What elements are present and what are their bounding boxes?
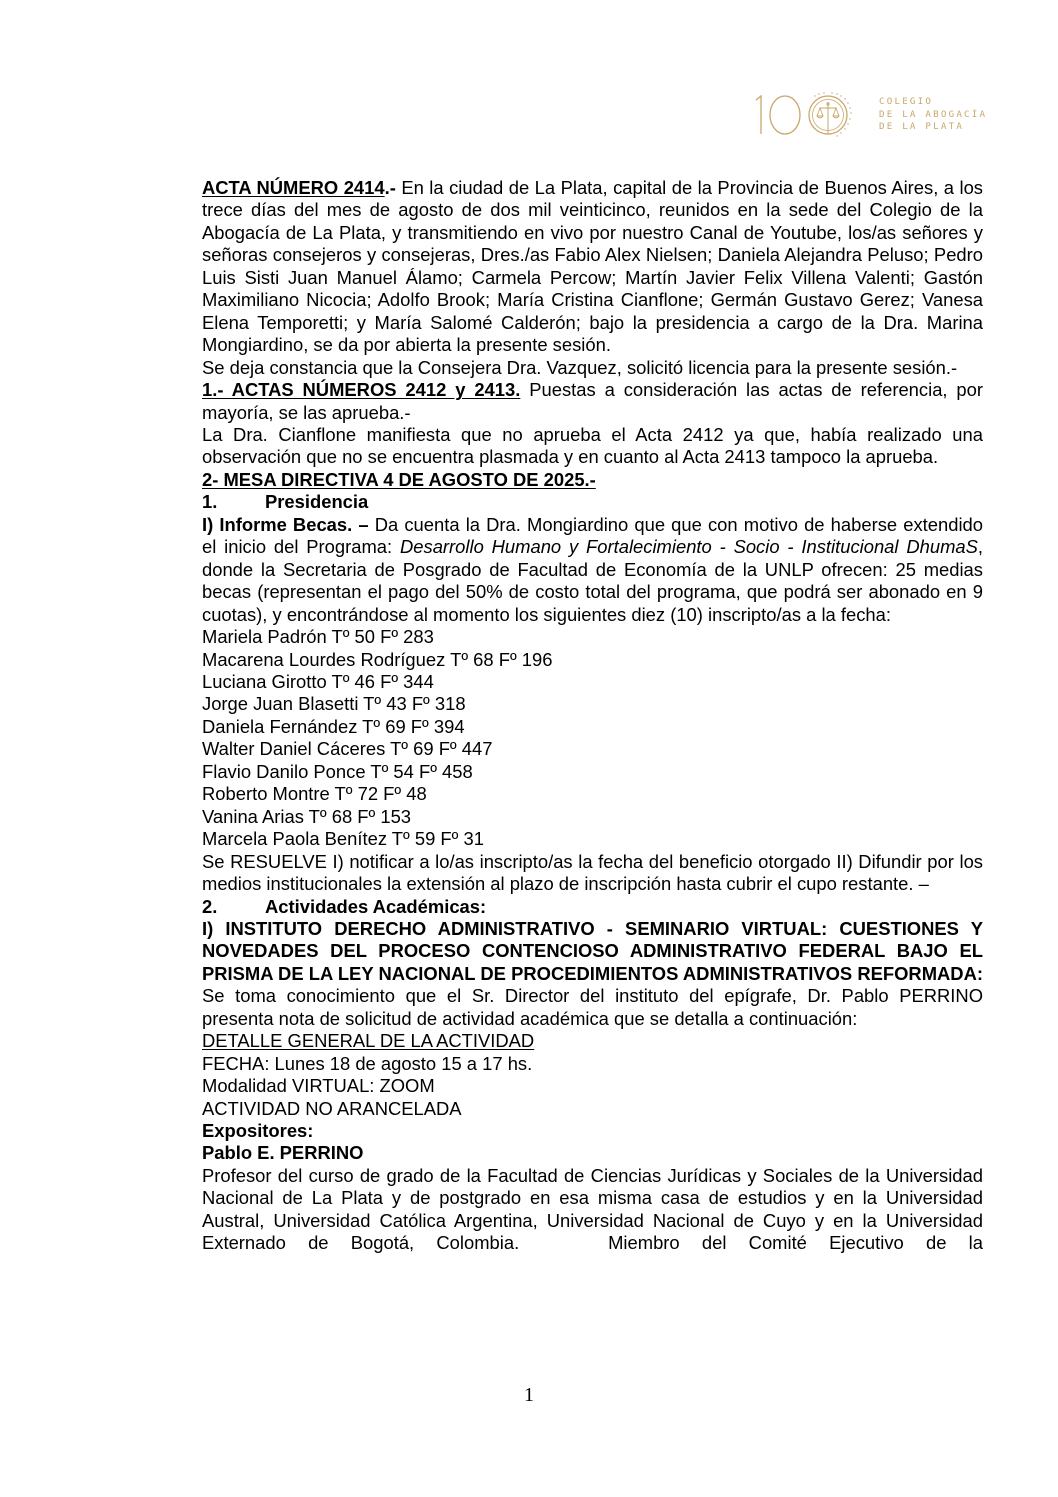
inscripto-item: Luciana Girotto Tº 46 Fº 344: [202, 671, 983, 693]
subsection-presidencia: 1.Presidencia: [202, 491, 983, 513]
detail-heading-line: DETALLE GENERAL DE LA ACTIVIDAD: [202, 1030, 983, 1052]
subsection-title: Actividades Académicas:: [265, 896, 486, 917]
document-page: COLEGIODE LA ABOGACÍADE LA PLATA ACTA NÚ…: [0, 0, 1058, 1497]
inscripto-item: Jorge Juan Blasetti Tº 43 Fº 318: [202, 693, 983, 715]
acta-title: ACTA NÚMERO 2414: [202, 177, 385, 198]
inscripto-item: Marcela Paola Benítez Tº 59 Fº 31: [202, 828, 983, 850]
becas-label: I) Informe Becas. –: [202, 514, 369, 535]
expositor-bio: Profesor del curso de grado de la Facult…: [202, 1165, 983, 1255]
inscriptos-list: Mariela Padrón Tº 50 Fº 283Macarena Lour…: [202, 626, 983, 851]
activity-date: FECHA: Lunes 18 de agosto 15 a 17 hs.: [202, 1053, 983, 1075]
inscripto-item: Daniela Fernández Tº 69 Fº 394: [202, 716, 983, 738]
becas-resolution: Se RESUELVE I) notificar a lo/as inscrip…: [202, 851, 983, 896]
inscripto-item: Vanina Arias Tº 68 Fº 153: [202, 806, 983, 828]
inscripto-item: Macarena Lourdes Rodríguez Tº 68 Fº 196: [202, 649, 983, 671]
centenary-seal-icon: [752, 90, 877, 142]
logo-line-1: COLEGIO: [879, 96, 933, 107]
activity-fee: ACTIVIDAD NO ARANCELADA: [202, 1098, 983, 1120]
subsection-number: 1.: [202, 491, 265, 513]
colegio-logo: COLEGIODE LA ABOGACÍADE LA PLATA: [752, 90, 962, 140]
inscripto-item: Mariela Padrón Tº 50 Fº 283: [202, 626, 983, 648]
section1-heading: 1.- ACTAS NÚMEROS 2412 y 2413.: [202, 379, 520, 400]
subsection-title: Presidencia: [265, 491, 368, 512]
document-body: ACTA NÚMERO 2414.- En la ciudad de La Pl…: [202, 177, 983, 1255]
activity-modality: Modalidad VIRTUAL: ZOOM: [202, 1075, 983, 1097]
section2-heading: 2- MESA DIRECTIVA 4 DE AGOSTO DE 2025.-: [202, 469, 983, 491]
subsection-actividades: 2.Actividades Académicas:: [202, 896, 983, 918]
detail-heading: DETALLE GENERAL DE LA ACTIVIDAD: [202, 1030, 534, 1051]
inscripto-item: Roberto Montre Tº 72 Fº 48: [202, 783, 983, 805]
expositor-name: Pablo E. PERRINO: [202, 1142, 983, 1164]
program-name: Desarrollo Humano y Fortalecimiento - So…: [400, 536, 978, 557]
logo-org-name: COLEGIODE LA ABOGACÍADE LA PLATA: [879, 96, 987, 134]
license-note: Se deja constancia que la Consejera Dra.…: [202, 357, 983, 379]
acta-intro-text: En la ciudad de La Plata, capital de la …: [202, 177, 983, 355]
subsection-number: 2.: [202, 896, 265, 918]
instituto-text: Se toma conocimiento que el Sr. Director…: [202, 985, 983, 1028]
becas-paragraph: I) Informe Becas. – Da cuenta la Dra. Mo…: [202, 514, 983, 626]
inscripto-item: Walter Daniel Cáceres Tº 69 Fº 447: [202, 738, 983, 760]
page-number: 1: [0, 1384, 1058, 1407]
logo-line-3: DE LA PLATA: [879, 121, 964, 132]
section1-note: La Dra. Cianflone manifiesta que no apru…: [202, 424, 983, 469]
section1-paragraph: 1.- ACTAS NÚMEROS 2412 y 2413. Puestas a…: [202, 379, 983, 424]
instituto-title: I) INSTITUTO DERECHO ADMINISTRATIVO - SE…: [202, 918, 983, 984]
acta-title-suffix: .-: [385, 177, 396, 198]
inscripto-item: Flavio Danilo Ponce Tº 54 Fº 458: [202, 761, 983, 783]
expositores-label: Expositores:: [202, 1120, 983, 1142]
acta-intro-paragraph: ACTA NÚMERO 2414.- En la ciudad de La Pl…: [202, 177, 983, 357]
instituto-paragraph: I) INSTITUTO DERECHO ADMINISTRATIVO - SE…: [202, 918, 983, 1030]
logo-line-2: DE LA ABOGACÍA: [879, 109, 987, 120]
